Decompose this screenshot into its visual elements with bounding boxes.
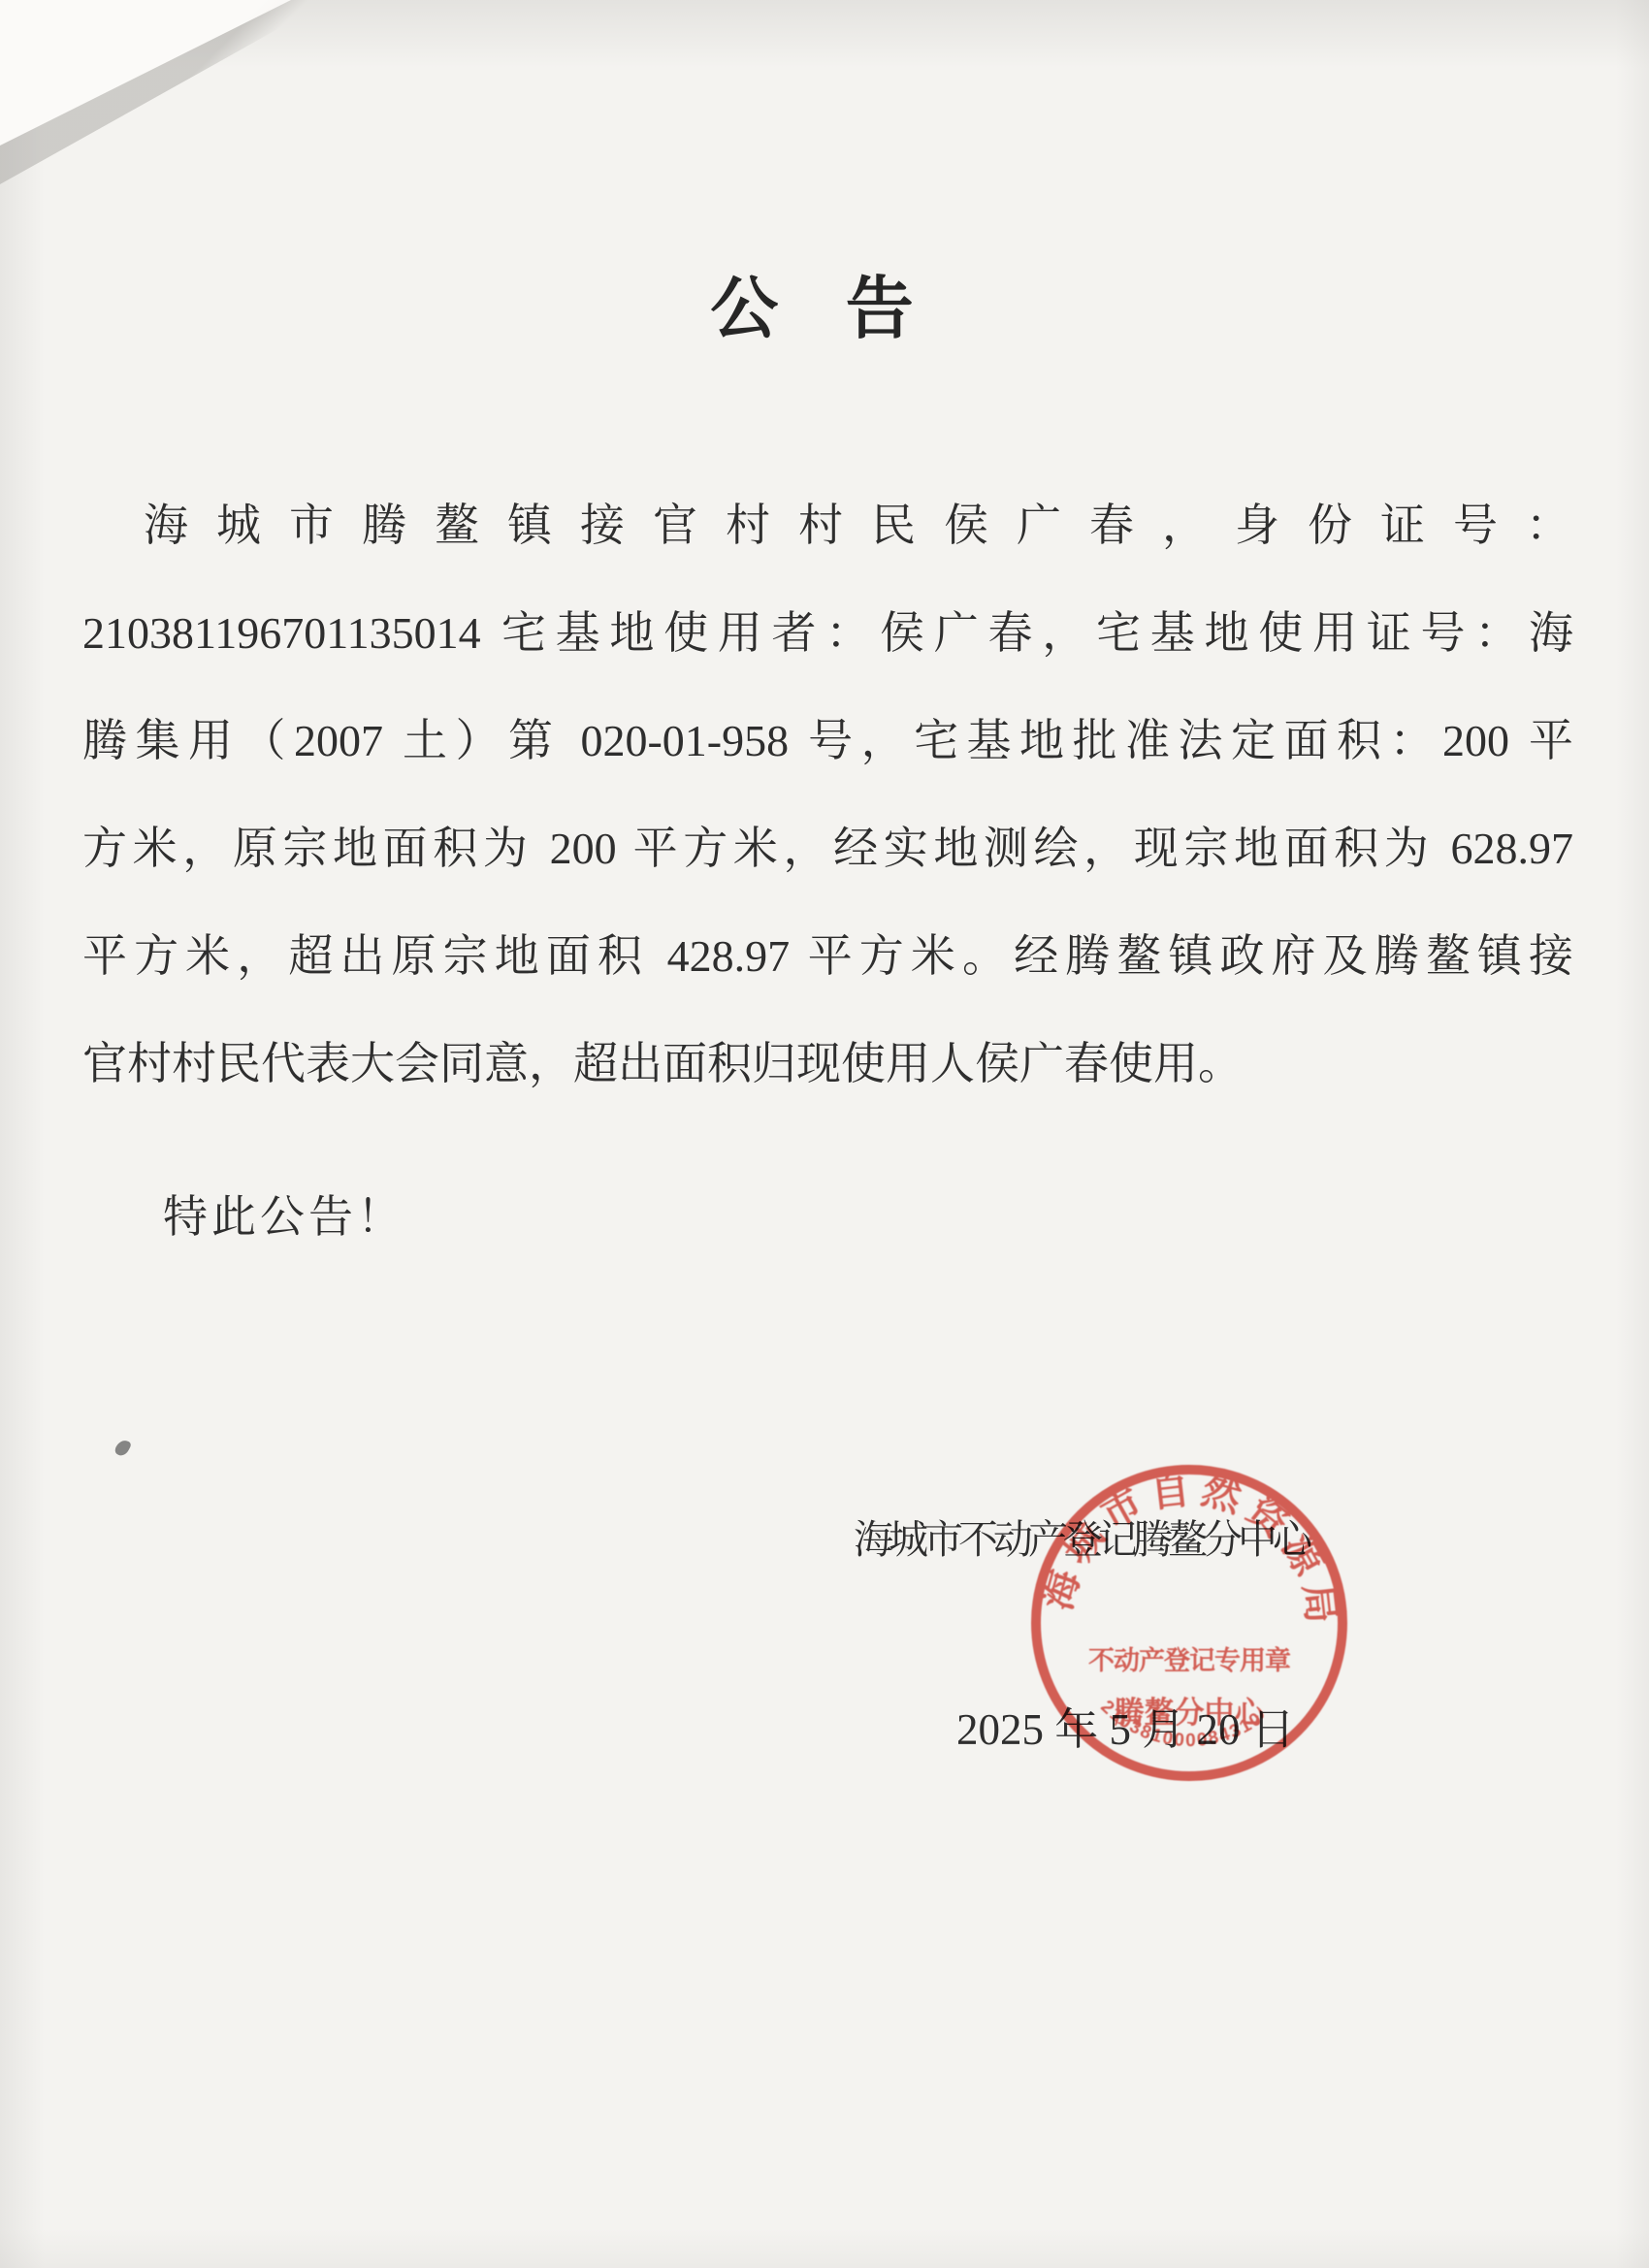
official-seal: 海城市自然资源局 不动产登记专用章 腾鳌分中心 210381000084310: [1015, 1448, 1364, 1798]
scan-fold-corner: [0, 0, 291, 146]
seal-center-line1: 不动产登记专用章: [1088, 1645, 1291, 1675]
body-line-5: 平方米，超出原宗地面积 428.97 平方米。经腾鳌镇政府及腾鳌镇接: [82, 902, 1573, 1010]
notice-body: 海城市腾鳌镇接官村村民侯广春，身份证号： 210381196701135014 …: [82, 471, 1573, 1118]
body-line-4: 方米，原宗地面积为 200 平方米，经实地测绘，现宗地面积为 628.97: [82, 794, 1573, 902]
closing-statement: 特此公告！: [163, 1182, 405, 1246]
notice-title: 公 告: [0, 254, 1649, 352]
body-line-2: 210381196701135014 宅基地使用者：侯广春，宅基地使用证号：海: [82, 579, 1573, 687]
body-line-3: 腾集用（2007 土）第 020-01-958 号，宅基地批准法定面积：200 …: [82, 687, 1573, 794]
seal-ring-text: 海城市自然资源局: [1036, 1468, 1342, 1633]
scanned-notice-page: 公 告 海城市腾鳌镇接官村村民侯广春，身份证号： 210381196701135…: [0, 0, 1649, 2268]
body-line-1: 海城市腾鳌镇接官村村民侯广春，身份证号：: [82, 471, 1573, 579]
body-line-6: 官村村民代表大会同意，超出面积归现使用人侯广春使用。: [82, 1010, 1573, 1118]
scan-artifact-mark: [113, 1438, 132, 1458]
